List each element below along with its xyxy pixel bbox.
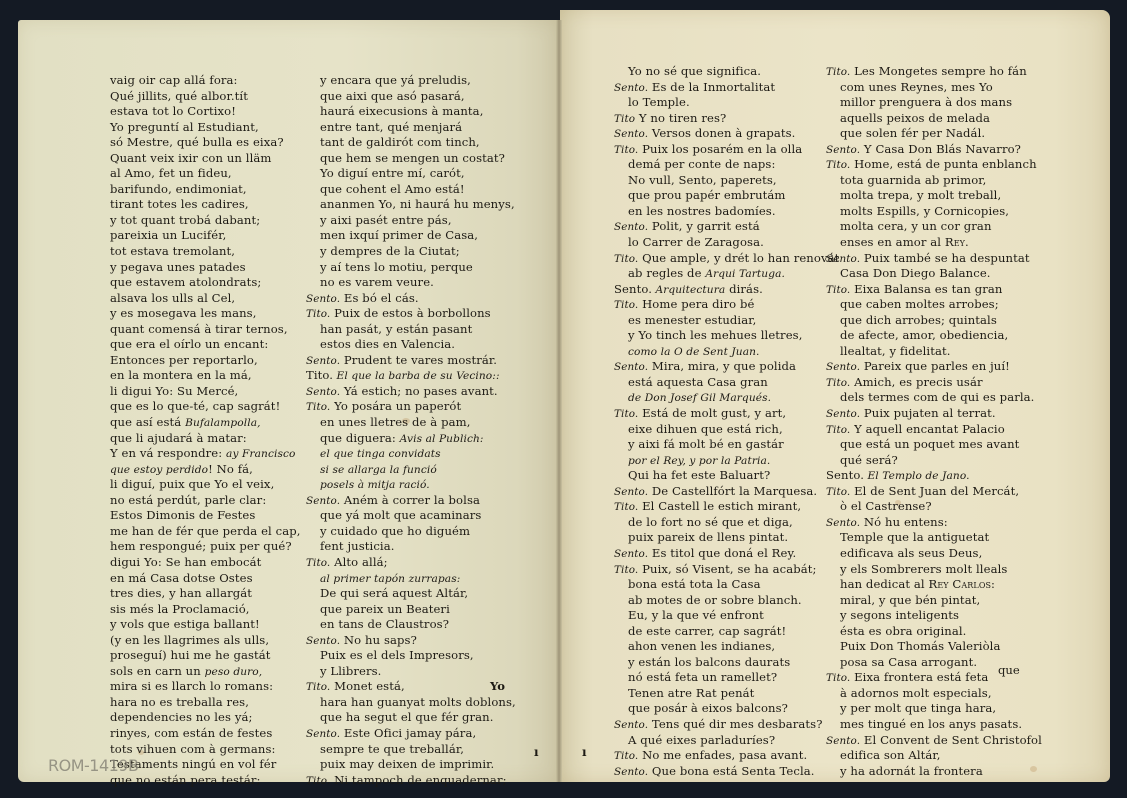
verse-line: fent justicia.: [306, 539, 516, 555]
italic-text: ay Francisco: [226, 448, 296, 460]
verse-line: puix pareix de llens pintat.: [614, 530, 839, 546]
verse-line: ahon venen les indianes,: [614, 639, 839, 655]
verse-line: Tito Y no tiren res?: [614, 111, 839, 127]
verse-line: hara no es treballa res,: [110, 695, 301, 711]
speaker-name: Tito.: [306, 681, 330, 693]
verse-line: Tito. Yo posára un paperót: [306, 399, 516, 415]
line-text: puix may deixen de imprimir.: [320, 757, 494, 771]
italic-text: El que la barba de su Vecino::: [333, 370, 500, 382]
verse-line: miral, y que bén pintat,: [826, 593, 1042, 609]
verse-line: que no están pera testár;: [110, 773, 301, 789]
line-text: y es mosegava les mans,: [110, 306, 257, 320]
line-text: y cuidado que ho diguém: [320, 524, 470, 538]
verse-line: à adornos molt especials,: [826, 686, 1042, 702]
verse-line: y per molt que tinga hara,: [826, 701, 1042, 717]
speaker-name: Sento.: [614, 361, 648, 373]
line-text: molta cera, y un cor gran: [840, 219, 992, 233]
line-text: El de Sent Juan del Mercát,: [850, 484, 1019, 498]
line-text: Monet está,: [330, 679, 404, 693]
line-text: y están los balcons daurats: [628, 655, 790, 669]
line-text: y pegava unes patades: [110, 260, 246, 274]
verse-line: Tito. Eixa Balansa es tan gran: [826, 282, 1042, 298]
verse-line: tota guarnida ab primor,: [826, 173, 1042, 189]
line-text: Home pera diro bé: [638, 297, 754, 311]
verse-line: que li ajudará à matar:: [110, 431, 301, 447]
line-text: y segons inteligents: [840, 608, 959, 622]
line-text: Casa Don Diego Balance.: [840, 266, 991, 280]
line-text: dependencies no les yá;: [110, 710, 252, 724]
verse-line: Tito. Y aquell encantat Palacio: [826, 422, 1042, 438]
verse-line: y pegava unes patades: [110, 260, 301, 276]
verse-line: entre tant, qué menjará: [306, 120, 516, 136]
line-text: Y en vá respondre:: [110, 446, 226, 460]
line-text: Alto allá;: [330, 555, 387, 569]
line-text: pareixia un Lucifér,: [110, 228, 226, 242]
line-text: alsava los ulls al Cel,: [110, 291, 235, 305]
line-text: De qui será aquest Altár,: [320, 586, 468, 600]
verse-line: al primer tapón zurrapas:: [306, 571, 516, 587]
line-text: A qué eixes parladuríes?: [628, 733, 775, 747]
verse-line: haurá eixecusions à manta,: [306, 104, 516, 120]
verse-line: eixe dihuen que está rich,: [614, 422, 839, 438]
verse-line: Yo preguntí al Estudiant,: [110, 120, 301, 136]
left-page-catchword: Yo: [490, 679, 505, 693]
verse-line: molta trepa, y molt treball,: [826, 188, 1042, 204]
verse-line: en les nostres badomíes.: [614, 204, 839, 220]
verse-line: Sento. Nó hu entens:: [826, 515, 1042, 531]
small-caps-text: Rey Carlos:: [929, 577, 996, 591]
italic-text: El Templo de Jano.: [864, 470, 970, 482]
italic-text: el que tinga convidats: [320, 448, 441, 460]
verse-line: que está un poquet mes avant: [826, 437, 1042, 453]
verse-line: Sento. Es titol que doná el Rey.: [614, 546, 839, 562]
speaker-name: Tito.: [614, 144, 638, 156]
speaker-name: Sento.: [614, 486, 648, 498]
verse-line: sis més la Proclamació,: [110, 602, 301, 618]
line-text: que dich arrobes; quintals: [840, 313, 997, 327]
verse-line: Tito. Puix, só Visent, se ha acabát;: [614, 562, 839, 578]
verse-line: edificava als seus Deus,: [826, 546, 1042, 562]
speaker-name: Tito.: [306, 775, 330, 787]
line-text: tots vihuen com à germans:: [110, 742, 276, 756]
verse-line: Tito. Home pera diro bé: [614, 297, 839, 313]
italic-text: de Don Josef Gil Marqués.: [628, 392, 771, 404]
line-text: que estavem atolondrats;: [110, 275, 261, 289]
speaker-name: Tito.: [614, 750, 638, 762]
line-text: Ni tampoch de enquadernar;: [330, 773, 506, 787]
verse-line: y están los balcons daurats: [614, 655, 839, 671]
line-text: y els Sombrerers molt lleals: [840, 562, 1007, 576]
line-text: molta trepa, y molt treball,: [840, 188, 1001, 202]
speaker-name: Tito.: [614, 253, 638, 265]
verse-line: que ha segut el que fér gran.: [306, 710, 516, 726]
verse-line: no es varem veure.: [306, 275, 516, 291]
verse-line: vaig oir cap allá fora:: [110, 73, 301, 89]
line-text: No hu saps?: [340, 633, 417, 647]
verse-line: que dich arrobes; quintals: [826, 313, 1042, 329]
verse-line: Tito. El Castell le estich mirant,: [614, 499, 839, 515]
verse-line: en má Casa dotse Ostes: [110, 571, 301, 587]
verse-line: Eu, y la que vé enfront: [614, 608, 839, 624]
line-text: Puix los posarém en la olla: [638, 142, 802, 156]
verse-line: que yá molt que acaminars: [306, 508, 516, 524]
line-text: haurá eixecusions à manta,: [320, 104, 483, 118]
italic-text: por el Rey, y por la Patria.: [628, 455, 770, 467]
verse-line: Tito. El que la barba de su Vecino::: [306, 368, 516, 384]
line-text: lo Temple.: [628, 95, 690, 109]
line-text: que era el oírlo un encant:: [110, 337, 268, 351]
left-page-column-1: vaig oir cap allá fora:Qué jillits, qué …: [110, 73, 301, 788]
speaker-name: Tito.: [614, 501, 638, 513]
line-text: que hem se mengen un costat?: [320, 151, 505, 165]
verse-line: y aixi fá molt bé en gastár: [614, 437, 839, 453]
line-text: enses en amor al: [840, 235, 945, 249]
speaker-name: Tito.: [826, 424, 850, 436]
verse-line: que es lo que-té, cap sagrát!: [110, 399, 301, 415]
line-text: Yo posára un paperót: [330, 399, 461, 413]
verse-line: y Llibrers.: [306, 664, 516, 680]
line-text: qué será?: [840, 453, 898, 467]
line-text: Tens qué dir mes desbarats?: [648, 717, 822, 731]
verse-line: Sento. Mira, mira, y que polida: [614, 359, 839, 375]
line-text: y Llibrers.: [320, 664, 381, 678]
line-text: Puix Don Thomás Valeriòla: [840, 639, 1001, 653]
line-text: han pasát, y están pasant: [320, 322, 472, 336]
line-text: sols en carn un: [110, 664, 205, 678]
verse-line: que así está Bufalampolla,: [110, 415, 301, 431]
line-text: Eixa frontera está feta: [850, 670, 988, 684]
line-text: Home, está de punta enblanch: [850, 157, 1036, 171]
verse-line: Sento. Prudent te vares mostrár.: [306, 353, 516, 369]
line-text: dirás.: [725, 282, 763, 296]
verse-line: por el Rey, y por la Patria.: [614, 453, 839, 469]
verse-line: que caben moltes arrobes;: [826, 297, 1042, 313]
verse-line: (y en les llagrimes als ulls,: [110, 633, 301, 649]
line-text: posa sa Casa arrogant.: [840, 655, 977, 669]
verse-line: mira si es llarch lo romans:: [110, 679, 301, 695]
line-text: men ixquí primer de Casa,: [320, 228, 478, 242]
line-text: que está un poquet mes avant: [840, 437, 1019, 451]
italic-text: posels à mitja ració.: [320, 479, 430, 491]
verse-line: Sento. Versos donen à grapats.: [614, 126, 839, 142]
speaker-name: Sento.: [826, 144, 860, 156]
verse-line: Sento. Yá estich; no pases avant.: [306, 384, 516, 400]
speaker-name: Sento.: [614, 548, 648, 560]
line-text: Este Ofici jamay pára,: [340, 726, 476, 740]
verse-line: posels à mitja ració.: [306, 477, 516, 493]
line-text: y per molt que tinga hara,: [840, 701, 996, 715]
verse-line: Entonces per reportarlo,: [110, 353, 301, 369]
verse-line: al Amo, fet un fideu,: [110, 166, 301, 182]
verse-line: Puix Don Thomás Valeriòla: [826, 639, 1042, 655]
speaker-name: Tito.: [306, 401, 330, 413]
verse-line: ab motes de or sobre blanch.: [614, 593, 839, 609]
line-text: en les nostres badomíes.: [628, 204, 776, 218]
line-text: estava tot lo Cortixo!: [110, 104, 236, 118]
line-text: Yo no sé que significa.: [628, 64, 761, 78]
line-text: nó está feta un ramellet?: [628, 670, 777, 684]
verse-line: Sento. El Templo de Jano.: [826, 468, 1042, 484]
line-text: mira si es llarch lo romans:: [110, 679, 273, 693]
line-text: edifica son Altár,: [840, 748, 941, 762]
verse-line: y vols que estiga ballant!: [110, 617, 301, 633]
verse-line: Tito. Ni tampoch de enquadernar;: [306, 773, 516, 789]
line-text: y aixi pasét entre pás,: [320, 213, 452, 227]
verse-line: y cuidado que ho diguém: [306, 524, 516, 540]
line-text: Puix es el dels Impresors,: [320, 648, 474, 662]
speaker-name: Sento.: [614, 221, 648, 233]
line-text: Que bona está Senta Tecla.: [648, 764, 814, 778]
line-text: Es titol que doná el Rey.: [648, 546, 796, 560]
verse-line: tant de galdirót com tinch,: [306, 135, 516, 151]
verse-line: men ixquí primer de Casa,: [306, 228, 516, 244]
verse-line: molta cera, y un cor gran: [826, 219, 1042, 235]
verse-line: que cohent el Amo está!: [306, 182, 516, 198]
verse-line: y segons inteligents: [826, 608, 1042, 624]
verse-line: que estoy perdido! No fá,: [110, 462, 301, 478]
line-text: de lo fort no sé que et diga,: [628, 515, 793, 529]
verse-line: Sento. Aném à correr la bolsa: [306, 493, 516, 509]
verse-line: molts Espills, y Cornicopies,: [826, 204, 1042, 220]
line-text: proseguí) hui me he gastát: [110, 648, 271, 662]
verse-line: Sento. No hu saps?: [306, 633, 516, 649]
speaker-name: Tito.: [306, 368, 333, 382]
speaker-name: Sento.: [826, 361, 860, 373]
verse-line: tot estava tremolant,: [110, 244, 301, 260]
verse-line: Y en vá respondre: ay Francisco: [110, 446, 301, 462]
line-text: y Yo tinch les mehues lletres,: [628, 328, 803, 342]
line-text: De Castellfórt la Marquesa.: [648, 484, 817, 498]
verse-line: Sento. Que bona está Senta Tecla.: [614, 764, 839, 780]
speaker-name: Sento.: [826, 408, 860, 420]
verse-line: aquells peixos de melada: [826, 111, 1042, 127]
line-text: que solen fér per Nadál.: [840, 126, 985, 140]
verse-line: Sento. Polit, y garrit está: [614, 219, 839, 235]
verse-line: Tito. Amich, es precis usár: [826, 375, 1042, 391]
italic-text: peso duro,: [205, 666, 263, 678]
line-text: com unes Reynes, mes Yo: [840, 80, 993, 94]
line-text: han dedicat al: [840, 577, 929, 591]
verse-line: y aixi pasét entre pás,: [306, 213, 516, 229]
verse-line: Tito. No me enfades, pasa avant.: [614, 748, 839, 764]
verse-line: Tenen atre Rat penát: [614, 686, 839, 702]
speaker-name: Sento.: [826, 253, 860, 265]
verse-line: Tito. El de Sent Juan del Mercát,: [826, 484, 1042, 500]
verse-line: me han de fér que perda el cap,: [110, 524, 301, 540]
verse-line: digui Yo: Se han embocát: [110, 555, 301, 571]
line-text: só Mestre, qué bulla es eixa?: [110, 135, 284, 149]
line-text: Puix de estos à borbollons: [330, 306, 490, 320]
verse-line: Tito. Home, está de punta enblanch: [826, 157, 1042, 173]
line-text: Mira, mira, y que polida: [648, 359, 796, 373]
line-text: tirant totes les cadires,: [110, 197, 249, 211]
line-text: miral, y que bén pintat,: [840, 593, 980, 607]
line-text: à adornos molt especials,: [840, 686, 992, 700]
speaker-name: Tito.: [306, 557, 330, 569]
line-text: Nó hu entens:: [860, 515, 948, 529]
speaker-name: Tito.: [826, 377, 850, 389]
line-text: Temple que la antiguetat: [840, 530, 989, 544]
line-text: barifundo, endimoniat,: [110, 182, 247, 196]
line-text: sempre te que treballár,: [320, 742, 464, 756]
italic-text: al primer tapón zurrapas:: [320, 573, 460, 585]
line-text: vaig oir cap allá fora:: [110, 73, 238, 87]
speaker-name: Tito.: [826, 284, 850, 296]
verse-line: tirant totes les cadires,: [110, 197, 301, 213]
line-text: edificava als seus Deus,: [840, 546, 982, 560]
verse-line: com unes Reynes, mes Yo: [826, 80, 1042, 96]
line-text: Estos Dimonis de Festes: [110, 508, 255, 522]
line-text: que li ajudará à matar:: [110, 431, 247, 445]
verse-line: Testaments ningú en vol fér: [110, 757, 301, 773]
line-text: Es de la Inmortalitat: [648, 80, 775, 94]
line-text: que caben moltes arrobes;: [840, 297, 999, 311]
verse-line: ab regles de Arqui Tartuga.: [614, 266, 839, 282]
verse-line: dels termes com de qui es parla.: [826, 390, 1042, 406]
line-text: llealtat, y fidelitat.: [840, 344, 951, 358]
verse-line: Tito. Puix los posarém en la olla: [614, 142, 839, 158]
speaker-name: Sento.: [614, 766, 648, 778]
verse-line: y dempres de la Ciutat;: [306, 244, 516, 260]
verse-line: Sento. Puix també se ha despuntat: [826, 251, 1042, 267]
line-text: rinyes, com están de festes: [110, 726, 272, 740]
line-text: Polit, y garrit está: [648, 219, 760, 233]
verse-line: Sento. Puix pujaten al terrat.: [826, 406, 1042, 422]
speaker-name: Tito.: [614, 299, 638, 311]
verse-line: no está perdút, parle clar:: [110, 493, 301, 509]
line-text: El Castell le estich mirant,: [638, 499, 801, 513]
pencil-shelfmark: ROM-1419B: [48, 756, 138, 775]
verse-line: hem respongué; puix per qué?: [110, 539, 301, 555]
line-text: tot estava tremolant,: [110, 244, 235, 258]
verse-line: proseguí) hui me he gastát: [110, 648, 301, 664]
verse-line: Sento. Y Casa Don Blás Navarro?: [826, 142, 1042, 158]
italic-text: Arquitectura: [652, 284, 725, 296]
right-page-catchword: que: [998, 663, 1020, 677]
verse-line: y ha adornát la frontera: [826, 764, 1042, 780]
verse-line: si se allarga la funció: [306, 462, 516, 478]
line-text: ab motes de or sobre blanch.: [628, 593, 802, 607]
speaker-name: Tito.: [614, 564, 638, 576]
speaker-name: Sento.: [306, 293, 340, 305]
line-text: aquells peixos de melada: [840, 111, 990, 125]
verse-line: de afecte, amor, obediencia,: [826, 328, 1042, 344]
line-text: demá per conte de naps:: [628, 157, 775, 171]
verse-line: que diguera: Avis al Publich:: [306, 431, 516, 447]
verse-line: ésta es obra original.: [826, 624, 1042, 640]
line-text: Puix, só Visent, se ha acabát;: [638, 562, 816, 576]
verse-line: ananmen Yo, ni haurá hu menys,: [306, 197, 516, 213]
line-text: entre tant, qué menjará: [320, 120, 462, 134]
line-text: li digui Yo: Su Mercé,: [110, 384, 238, 398]
line-text: Tenen atre Rat penát: [628, 686, 754, 700]
line-text: Y no tiren res?: [635, 111, 726, 125]
line-text: hara han guanyat molts doblons,: [320, 695, 516, 709]
speaker-name: Tito.: [826, 159, 850, 171]
line-text: ananmen Yo, ni haurá hu menys,: [320, 197, 515, 211]
verse-line: lo Temple.: [614, 95, 839, 111]
line-text: mes tingué en los anys pasats.: [840, 717, 1022, 731]
verse-line: de este carrer, cap sagrát!: [614, 624, 839, 640]
line-text: li diguí, puix que Yo el veix,: [110, 477, 274, 491]
line-text: tant de galdirót com tinch,: [320, 135, 480, 149]
verse-line: en tans de Claustros?: [306, 617, 516, 633]
line-text: está aquesta Casa gran: [628, 375, 768, 389]
verse-line: De qui será aquest Altár,: [306, 586, 516, 602]
verse-line: puix may deixen de imprimir.: [306, 757, 516, 773]
verse-line: que pareix un Beateri: [306, 602, 516, 618]
verse-line: dependencies no les yá;: [110, 710, 301, 726]
line-text: puix pareix de llens pintat.: [628, 530, 788, 544]
line-text: en tans de Claustros?: [320, 617, 449, 631]
line-text: hara no es treballa res,: [110, 695, 249, 709]
line-text: ab regles de: [628, 266, 705, 280]
verse-line: Tito. Alto allá;: [306, 555, 516, 571]
line-text: No vull, Sento, paperets,: [628, 173, 777, 187]
verse-line: pareixia un Lucifér,: [110, 228, 301, 244]
line-text: Aném à correr la bolsa: [340, 493, 480, 507]
left-page-column-2: y encara que yá preludis,que aixi que as…: [306, 73, 516, 788]
line-text: no es varem veure.: [320, 275, 434, 289]
line-text: que ha segut el que fér gran.: [320, 710, 494, 724]
verse-line: mes tingué en los anys pasats.: [826, 717, 1042, 733]
line-text: Entonces per reportarlo,: [110, 353, 258, 367]
verse-line: y tot quant trobá dabant;: [110, 213, 301, 229]
line-text: Versos donen à grapats.: [648, 126, 795, 140]
line-text: fent justicia.: [320, 539, 395, 553]
book-gutter: [556, 20, 562, 782]
verse-line: estos dies en Valencia.: [306, 337, 516, 353]
line-text: que cohent el Amo está!: [320, 182, 465, 196]
verse-line: nó está feta un ramellet?: [614, 670, 839, 686]
verse-line: y els Sombrerers molt lleals: [826, 562, 1042, 578]
speaker-name: Sento.: [826, 735, 860, 747]
italic-text: Bufalampolla,: [185, 417, 261, 429]
verse-line: que solen fér per Nadál.: [826, 126, 1042, 142]
verse-line: bona está tota la Casa: [614, 577, 839, 593]
verse-line: Tito. Puix de estos à borbollons: [306, 306, 516, 322]
line-text: Eu, y la que vé enfront: [628, 608, 764, 622]
verse-line: y es mosegava les mans,: [110, 306, 301, 322]
verse-line: Casa Don Diego Balance.: [826, 266, 1042, 282]
line-text: Puix pujaten al terrat.: [860, 406, 996, 420]
verse-line: só Mestre, qué bulla es eixa?: [110, 135, 301, 151]
line-text: y encara que yá preludis,: [320, 73, 471, 87]
line-text: y dempres de la Ciutat;: [320, 244, 460, 258]
line-text: ésta es obra original.: [840, 624, 966, 638]
verse-line: Qui ha fet este Baluart?: [614, 468, 839, 484]
verse-line: sols en carn un peso duro,: [110, 664, 301, 680]
line-text: que diguera:: [320, 431, 400, 445]
verse-line: Sento. Arquitectura dirás.: [614, 282, 839, 298]
line-text: millor prenguera à dos mans: [840, 95, 1012, 109]
verse-line: demá per conte de naps:: [614, 157, 839, 173]
speaker-name: Sento.: [614, 719, 648, 731]
line-text: Amich, es precis usár: [850, 375, 982, 389]
verse-line: está aquesta Casa gran: [614, 375, 839, 391]
line-text: no está perdút, parle clar:: [110, 493, 266, 507]
verse-line: y encara que yá preludis,: [306, 73, 516, 89]
small-caps-text: Rey.: [945, 235, 969, 249]
verse-line: Sento. Es bó el cás.: [306, 291, 516, 307]
verse-line: tots vihuen com à germans:: [110, 742, 301, 758]
line-text: que prou papér embrutám: [628, 188, 786, 202]
line-text: bona está tota la Casa: [628, 577, 761, 591]
verse-line: alsava los ulls al Cel,: [110, 291, 301, 307]
verse-line: li digui Yo: Su Mercé,: [110, 384, 301, 400]
verse-line: lo Carrer de Zaragosa.: [614, 235, 839, 251]
speaker-name: Sento.: [306, 355, 340, 367]
